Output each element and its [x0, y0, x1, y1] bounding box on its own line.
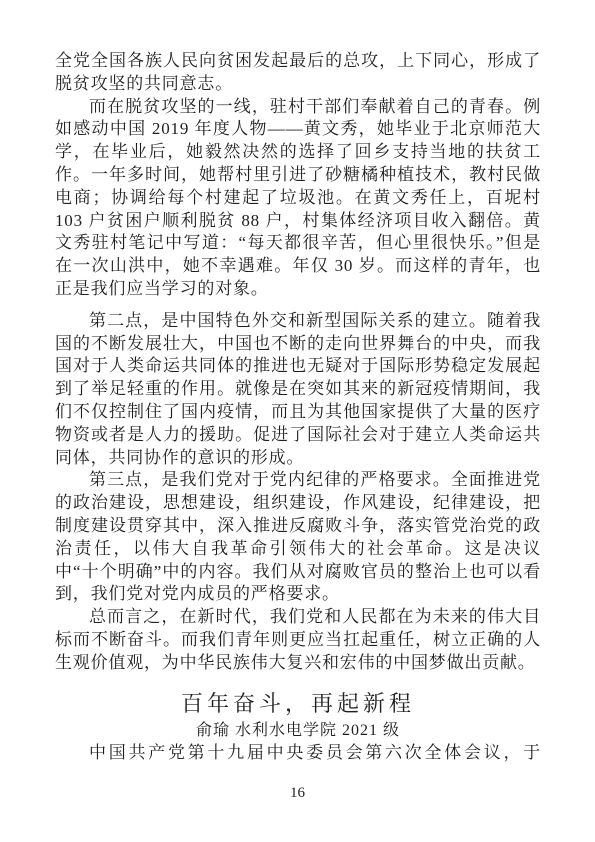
body-paragraph-huang-wenxiu: 而在脱贫攻坚的一线，驻村干部们奉献着自己的青春。例如感动中国 2019 年度人物…: [55, 96, 541, 301]
page-body: 全党全国各族人民向贫困发起最后的总攻，上下同心，形成了脱贫攻坚的共同意志。 而在…: [55, 50, 541, 764]
next-essay-title: 百年奋斗，再起新程: [55, 689, 541, 719]
document-page: 全党全国各族人民向贫困发起最后的总攻，上下同心，形成了脱贫攻坚的共同意志。 而在…: [0, 0, 595, 842]
page-number: 16: [0, 784, 595, 802]
next-essay-opening-line: 中国共产党第十九届中央委员会第六次全体会议，于: [55, 742, 541, 765]
body-paragraph-third-point: 第三点，是我们党对于党内纪律的严格要求。全面推进党的政治建设，思想建设，组织建设…: [55, 469, 541, 606]
body-paragraph-continuation: 全党全国各族人民向贫困发起最后的总攻，上下同心，形成了脱贫攻坚的共同意志。: [55, 50, 541, 96]
body-paragraph-conclusion: 总而言之，在新时代，我们党和人民都在为未来的伟大目标而不断奋斗。而我们青年则更应…: [55, 606, 541, 674]
next-essay-byline: 俞瑜 水利水电学院 2021 级: [55, 719, 541, 742]
body-paragraph-second-point: 第二点，是中国特色外交和新型国际关系的建立。随着我国的不断发展壮大，中国也不断的…: [55, 310, 541, 470]
